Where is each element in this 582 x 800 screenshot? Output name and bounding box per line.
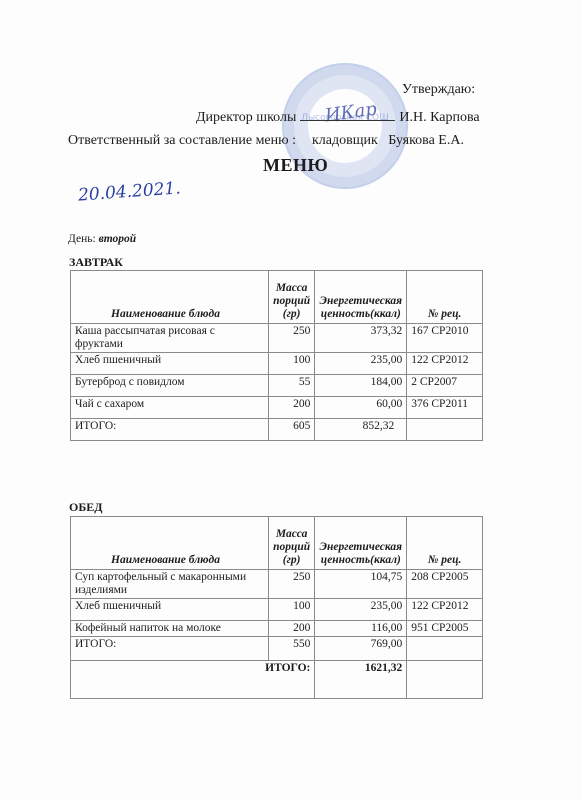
dish-energy: 116,00 <box>315 621 407 637</box>
breakfast-title: ЗАВТРАК <box>69 255 123 270</box>
total-mass: 605 <box>268 419 314 441</box>
dish-mass: 250 <box>268 324 314 353</box>
dish-name: Хлеб пшеничный <box>71 353 269 375</box>
empty-cell <box>407 637 483 661</box>
table-row: Суп картофельный с макаронными изделиями… <box>71 570 483 599</box>
table-row: Чай с сахаром 200 60,00 376 СР2011 <box>71 397 483 419</box>
dish-energy: 60,00 <box>315 397 407 419</box>
approval-label: Утверждаю: <box>402 82 475 98</box>
table-row: Бутерброд с повидлом 55 184,00 2 СР2007 <box>71 375 483 397</box>
dish-name: Каша рассыпчатая рисовая с фруктами <box>71 324 269 353</box>
director-line: Директор школыИ.Н. Карпова <box>196 110 480 126</box>
dish-energy: 235,00 <box>315 353 407 375</box>
table-header: Наименование блюда Масса порций (гр) Эне… <box>71 271 483 324</box>
dish-recipe: 208 СР2005 <box>407 570 483 599</box>
col-recipe-header: № рец. <box>407 517 483 570</box>
empty-cell <box>407 661 483 699</box>
table-header: Наименование блюда Масса порций (гр) Эне… <box>71 517 483 570</box>
col-mass-header: Масса порций (гр) <box>268 271 314 324</box>
dish-energy: 184,00 <box>315 375 407 397</box>
table-row: Хлеб пшеничный 100 235,00 122 СР2012 <box>71 599 483 621</box>
dish-name: Хлеб пшеничный <box>71 599 269 621</box>
col-energy-header: Энергетическая ценность(ккал) <box>315 271 407 324</box>
dish-energy: 235,00 <box>315 599 407 621</box>
dish-name: Чай с сахаром <box>71 397 269 419</box>
dish-recipe: 951 СР2005 <box>407 621 483 637</box>
dish-recipe: 122 СР2012 <box>407 353 483 375</box>
responsible-name: Буякова Е.А. <box>388 133 464 148</box>
day-line: День: второй <box>68 233 136 245</box>
page-title: МЕНЮ <box>263 155 328 176</box>
lunch-title: ОБЕД <box>69 500 103 515</box>
dish-mass: 100 <box>268 353 314 375</box>
total-label: ИТОГО: <box>71 419 269 441</box>
table-row: Кофейный напиток на молоке 200 116,00 95… <box>71 621 483 637</box>
col-name-header: Наименование блюда <box>71 271 269 324</box>
col-energy-header: Энергетическая ценность(ккал) <box>315 517 407 570</box>
grand-total-energy: 1621,32 <box>315 661 407 699</box>
total-energy: 852,32 <box>315 419 407 441</box>
total-energy: 769,00 <box>315 637 407 661</box>
dish-name: Кофейный напиток на молоке <box>71 621 269 637</box>
col-mass-header: Масса порций (гр) <box>268 517 314 570</box>
responsible-line: Ответственный за составление меню :кладо… <box>68 133 464 149</box>
dish-energy: 373,32 <box>315 324 407 353</box>
responsible-label: Ответственный за составление меню : <box>68 133 296 148</box>
grand-total-label: ИТОГО: <box>71 661 315 699</box>
dish-mass: 200 <box>268 621 314 637</box>
lunch-table: Наименование блюда Масса порций (гр) Эне… <box>70 516 483 699</box>
grand-total-row: ИТОГО: 1621,32 <box>71 661 483 699</box>
dish-name: Суп картофельный с макаронными изделиями <box>71 570 269 599</box>
dish-recipe: 167 СР2010 <box>407 324 483 353</box>
empty-cell <box>407 419 483 441</box>
director-label: Директор школы <box>196 110 296 125</box>
total-mass: 550 <box>268 637 314 661</box>
day-value: второй <box>99 233 137 245</box>
dish-name: Бутерброд с повидлом <box>71 375 269 397</box>
dish-mass: 200 <box>268 397 314 419</box>
dish-mass: 250 <box>268 570 314 599</box>
table-row: Хлеб пшеничный 100 235,00 122 СР2012 <box>71 353 483 375</box>
total-label: ИТОГО: <box>71 637 269 661</box>
col-recipe-header: № рец. <box>407 271 483 324</box>
dish-mass: 55 <box>268 375 314 397</box>
total-row: ИТОГО: 605 852,32 <box>71 419 483 441</box>
dish-recipe: 122 СР2012 <box>407 599 483 621</box>
total-row: ИТОГО: 550 769,00 <box>71 637 483 661</box>
col-name-header: Наименование блюда <box>71 517 269 570</box>
dish-recipe: 2 СР2007 <box>407 375 483 397</box>
signature-line <box>300 120 395 121</box>
table-row: Каша рассыпчатая рисовая с фруктами 250 … <box>71 324 483 353</box>
breakfast-table: Наименование блюда Масса порций (гр) Эне… <box>70 270 483 441</box>
dish-recipe: 376 СР2011 <box>407 397 483 419</box>
responsible-role: кладовщик <box>312 133 378 148</box>
day-label: День: <box>68 233 96 245</box>
handwritten-date: 20.04.2021. <box>77 178 181 205</box>
director-name: И.Н. Карпова <box>399 110 479 125</box>
dish-energy: 104,75 <box>315 570 407 599</box>
dish-mass: 100 <box>268 599 314 621</box>
